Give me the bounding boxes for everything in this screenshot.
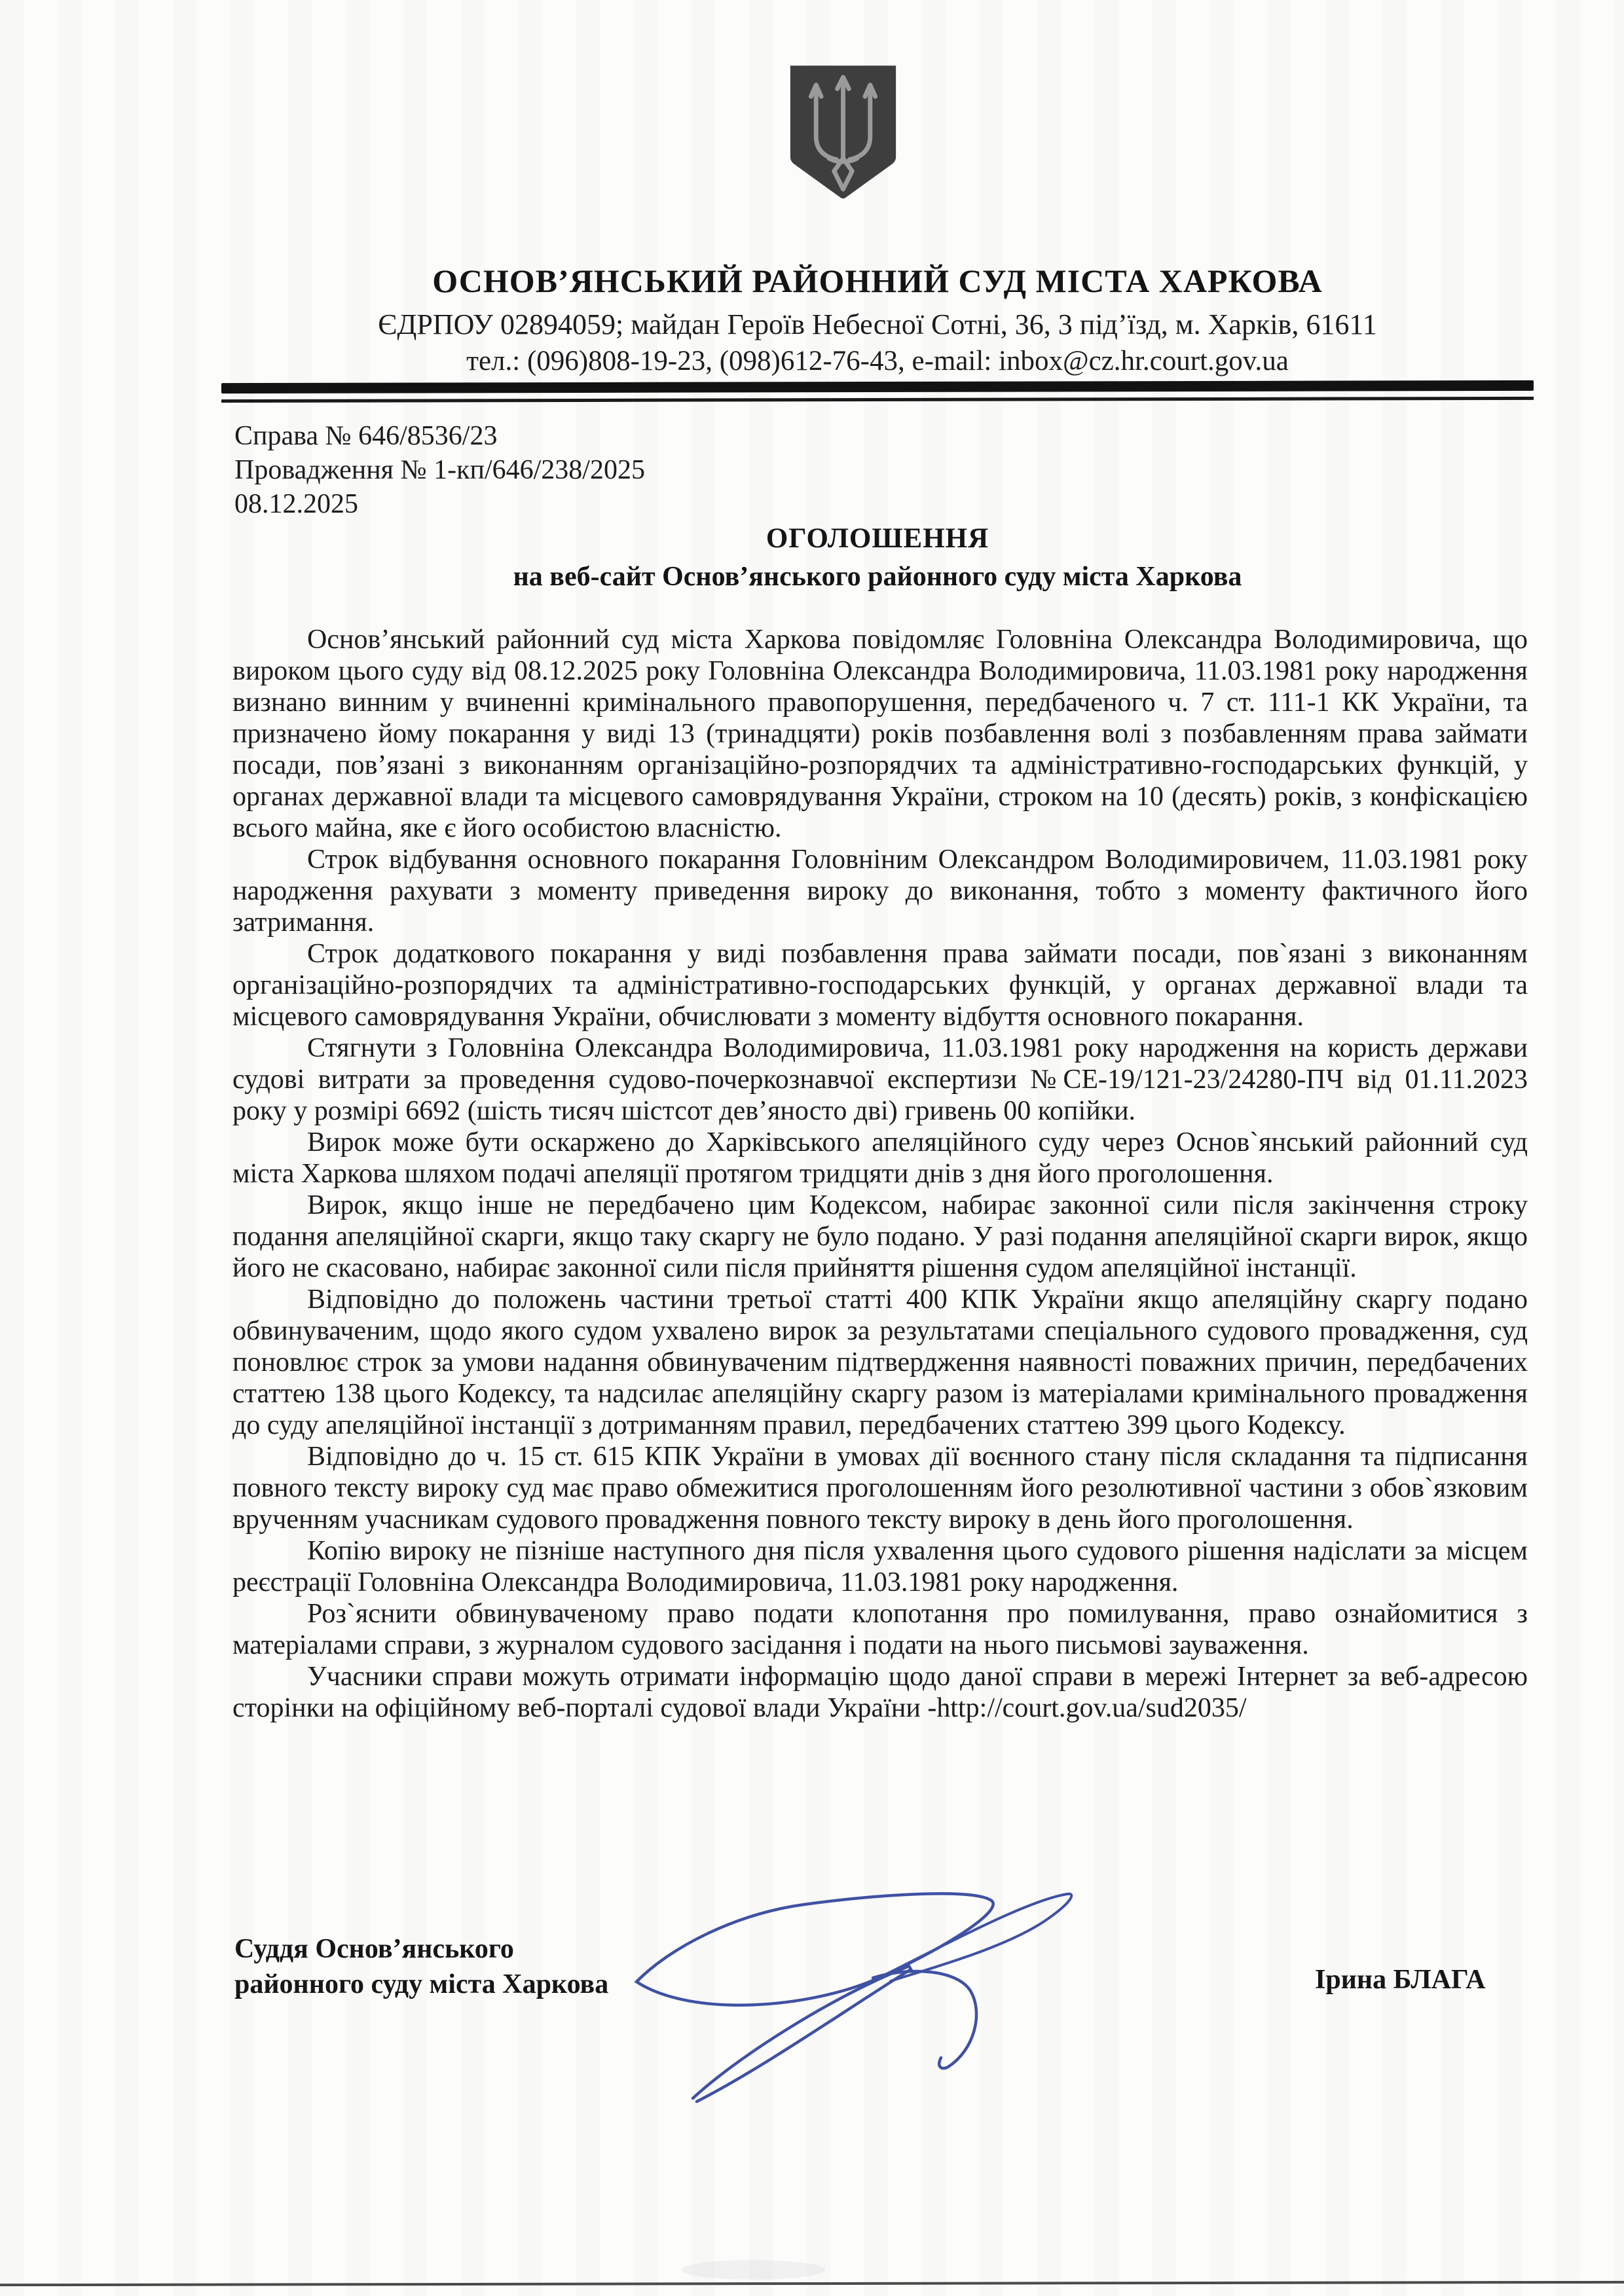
document-subtitle: на веб-сайт Основ’янського районного суд… bbox=[196, 561, 1559, 592]
paragraph: Відповідно до положень частини третьої с… bbox=[232, 1284, 1528, 1441]
paragraph: Строк відбування основного покарання Гол… bbox=[232, 844, 1528, 938]
judge-title-line2: районного суду міста Харкова bbox=[234, 1967, 608, 2002]
court-address: ЄДРПОУ 02894059; майдан Героїв Небесної … bbox=[196, 308, 1559, 341]
divider-thin-bar bbox=[221, 397, 1534, 403]
paragraph: Основ’янський районний суд міста Харкова… bbox=[232, 624, 1528, 844]
judge-name: Ірина БЛАГА bbox=[1315, 1964, 1485, 1995]
paragraph: Копію вироку не пізніше наступного дня п… bbox=[232, 1535, 1528, 1598]
judge-signature bbox=[616, 1863, 1100, 2144]
court-contacts: тел.: (096)808-19-23, (098)612-76-43, e-… bbox=[196, 345, 1559, 377]
paragraph: Стягнути з Головніна Олександра Володими… bbox=[232, 1032, 1528, 1127]
scan-edge-line bbox=[0, 2281, 1624, 2286]
letterhead: ОСНОВ’ЯНСЬКИЙ РАЙОННИЙ СУД МІСТА ХАРКОВА… bbox=[196, 262, 1559, 377]
judge-title: Суддя Основ’янського районного суду міст… bbox=[234, 1931, 608, 2002]
judge-title-line1: Суддя Основ’янського bbox=[234, 1931, 608, 1967]
court-name: ОСНОВ’ЯНСЬКИЙ РАЙОННИЙ СУД МІСТА ХАРКОВА bbox=[196, 262, 1559, 300]
document-date: 08.12.2025 bbox=[234, 487, 645, 521]
paragraph: Учасники справи можуть отримати інформац… bbox=[232, 1661, 1528, 1724]
paragraph: Відповідно до ч. 15 ст. 615 КПК України … bbox=[232, 1441, 1528, 1535]
document-title-block: ОГОЛОШЕННЯ на веб-сайт Основ’янського ра… bbox=[196, 522, 1559, 592]
document-title: ОГОЛОШЕННЯ bbox=[196, 522, 1559, 555]
scanned-court-document-page: ОСНОВ’ЯНСЬКИЙ РАЙОННИЙ СУД МІСТА ХАРКОВА… bbox=[0, 0, 1624, 2296]
case-number: Справа № 646/8536/23 bbox=[234, 419, 645, 453]
paragraph: Строк додаткового покарання у виді позба… bbox=[232, 938, 1528, 1032]
ukraine-trident-emblem-icon bbox=[785, 62, 901, 200]
announcement-body: Основ’янський районний суд міста Харкова… bbox=[232, 624, 1528, 1724]
paragraph: Роз`яснити обвинуваченому право подати к… bbox=[232, 1598, 1528, 1661]
paragraph: Вирок, якщо інше не передбачено цим Коде… bbox=[232, 1190, 1528, 1284]
scan-smudge bbox=[681, 2260, 825, 2280]
header-divider bbox=[221, 380, 1534, 403]
case-info: Справа № 646/8536/23 Провадження № 1-кп/… bbox=[234, 419, 645, 521]
divider-thick-bar bbox=[221, 380, 1534, 393]
paragraph: Вирок може бути оскаржено до Харківськог… bbox=[232, 1127, 1528, 1190]
proceeding-number: Провадження № 1-кп/646/238/2025 bbox=[234, 453, 645, 487]
